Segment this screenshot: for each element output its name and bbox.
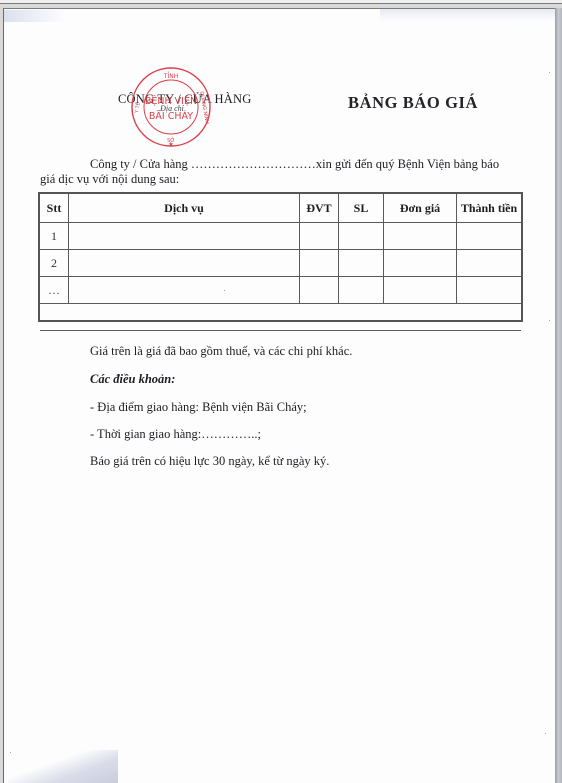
page-edge-scrollbar[interactable] xyxy=(555,8,562,783)
cell-unit-price xyxy=(384,250,457,277)
scan-speck xyxy=(224,290,225,291)
header-unit: ĐVT xyxy=(300,194,339,223)
window-top-bar xyxy=(0,0,562,4)
header-stt: Stt xyxy=(40,194,69,223)
cell-unit xyxy=(300,277,339,304)
table-row: 1 xyxy=(40,223,521,250)
footer-cell xyxy=(40,304,521,331)
table-row: … xyxy=(40,277,521,304)
cell-total xyxy=(457,223,522,250)
intro-line-1: Công ty / Cửa hàng …………………………xin gửi đến… xyxy=(90,157,499,172)
intro-line-2: giá dịc vụ với nội dung sau: xyxy=(40,172,179,187)
quotation-table: Stt Dịch vụ ĐVT SL Đơn giá Thành tiền 1 … xyxy=(38,192,523,322)
cell-stt: 1 xyxy=(40,223,69,250)
header-total: Thành tiền xyxy=(457,194,522,223)
delivery-place: - Địa điểm giao hàng: Bệnh viện Bãi Cháy… xyxy=(90,400,307,415)
document-page xyxy=(3,8,555,783)
cell-unit-price xyxy=(384,223,457,250)
price-note: Giá trên là giá đã bao gồm thuế, và các … xyxy=(90,344,352,359)
document-title: BẢNG BÁO GIÁ xyxy=(348,93,478,113)
cell-unit xyxy=(300,250,339,277)
scan-speck xyxy=(549,72,550,73)
cell-unit-price xyxy=(384,277,457,304)
table-footer-row xyxy=(40,304,521,331)
terms-heading: Các điều khoản: xyxy=(90,372,175,387)
table-row: 2 xyxy=(40,250,521,277)
header-quantity: SL xyxy=(339,194,384,223)
cell-total xyxy=(457,250,522,277)
company-heading: CÔNG TY / CỬA HÀNG xyxy=(118,92,251,107)
scan-shadow xyxy=(8,750,118,783)
scan-shadow xyxy=(380,9,555,21)
cell-stt: … xyxy=(40,277,69,304)
cell-service xyxy=(69,277,300,304)
cell-quantity xyxy=(339,250,384,277)
delivery-time: - Thời gian giao hàng:…………..; xyxy=(90,427,261,442)
scan-shadow xyxy=(4,10,64,22)
cell-stt: 2 xyxy=(40,250,69,277)
header-service: Dịch vụ xyxy=(69,194,300,223)
cell-quantity xyxy=(339,223,384,250)
cell-unit xyxy=(300,223,339,250)
table-header-row: Stt Dịch vụ ĐVT SL Đơn giá Thành tiền xyxy=(40,194,521,223)
scan-speck xyxy=(549,320,550,321)
header-unit-price: Đơn giá xyxy=(384,194,457,223)
cell-quantity xyxy=(339,277,384,304)
cell-service xyxy=(69,223,300,250)
validity-note: Báo giá trên có hiệu lực 30 ngày, kể từ … xyxy=(90,454,329,469)
scan-speck xyxy=(10,752,11,753)
scan-speck xyxy=(545,733,546,734)
cell-total xyxy=(457,277,522,304)
cell-service xyxy=(69,250,300,277)
